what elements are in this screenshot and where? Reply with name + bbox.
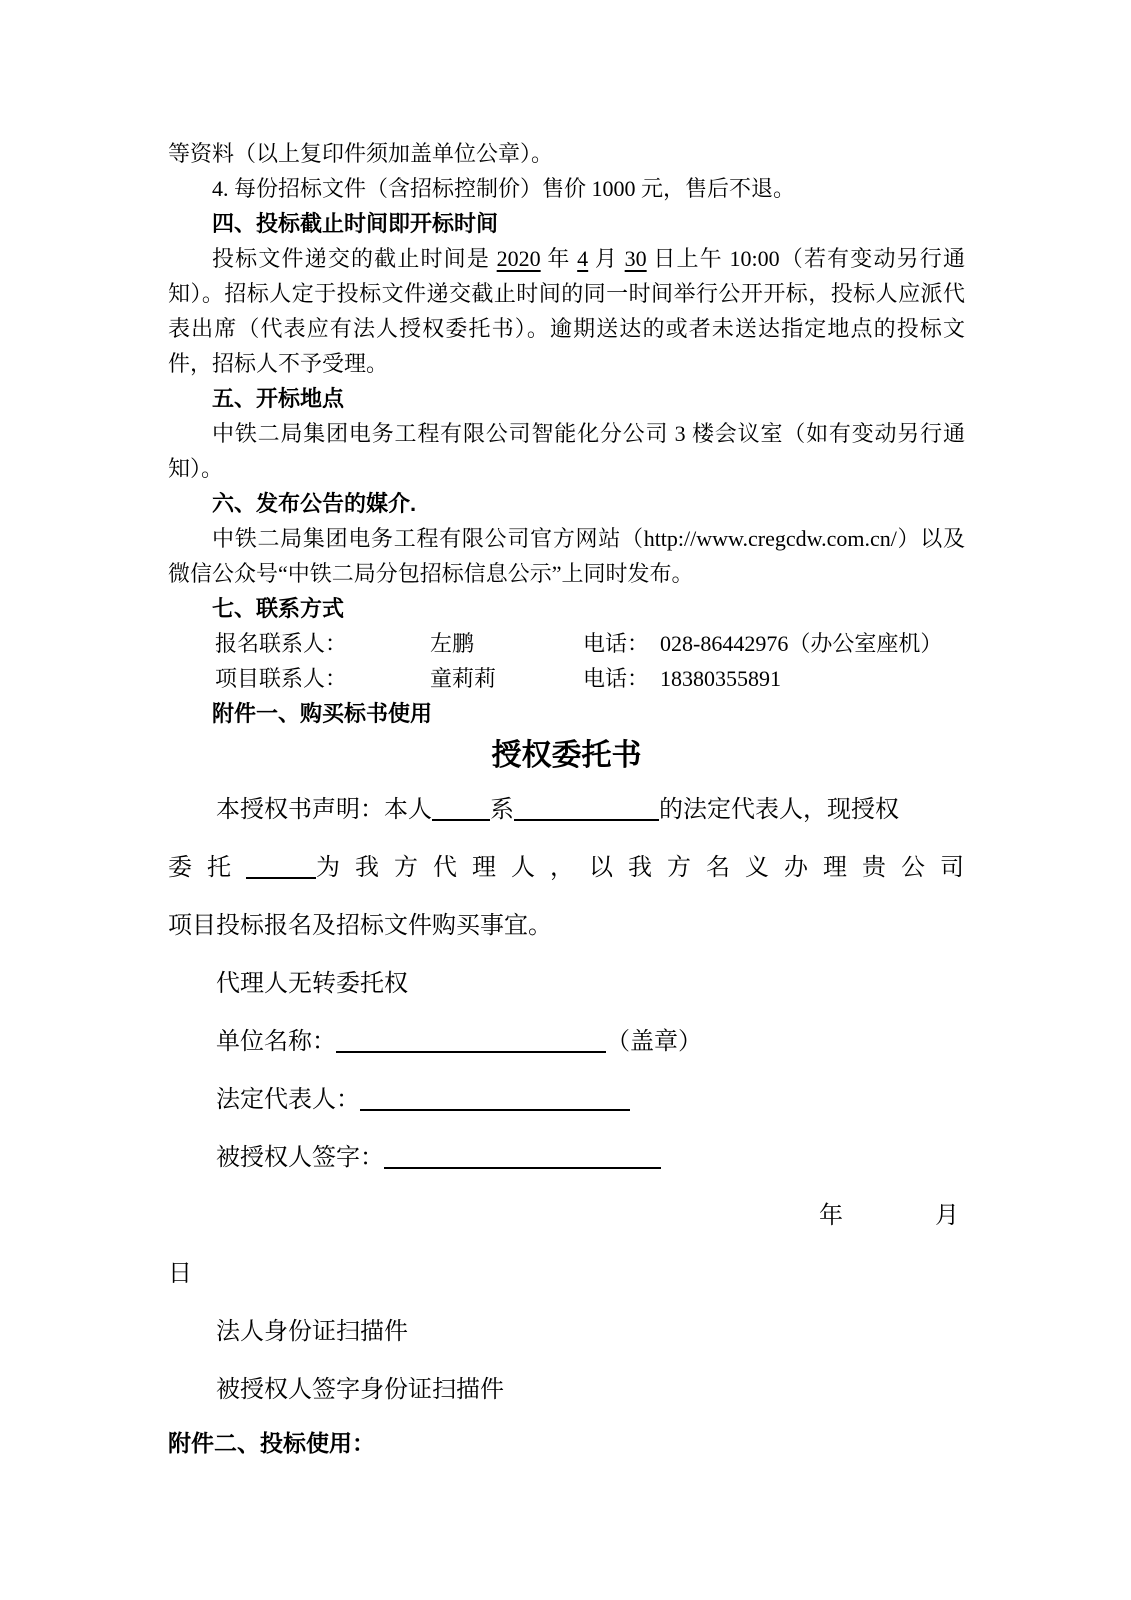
declaration-text-4: 委托 (168, 855, 246, 881)
attachment-2-heading: 附件二、投标使用： (168, 1419, 965, 1467)
deadline-year: 2020 (497, 246, 541, 271)
deadline-year-unit: 年 (541, 246, 578, 271)
authorization-letter-body: 本授权书声明：本人系的法定代表人，现授权 委托为我方代理人，以我方名义办理贵公司… (168, 781, 965, 1419)
month-label: 月 (935, 1203, 959, 1229)
declaration-line-3: 项目投标报名及招标文件购买事宜。 (168, 897, 965, 955)
section-7-heading: 七、联系方式 (168, 591, 965, 626)
project-contact-label: 项目联系人： (215, 661, 430, 696)
declaration-text-3: 的法定代表人，现授权 (659, 797, 899, 823)
authorized-id-scan-line: 被授权人签字身份证扫描件 (168, 1361, 965, 1419)
section-4-heading: 四、投标截止时间即开标时间 (168, 206, 965, 241)
legal-rep-blank-field (360, 1089, 630, 1111)
authorized-signature-blank-field (384, 1147, 661, 1169)
attachment-1-heading: 附件一、购买标书使用 (168, 696, 965, 731)
declaration-line-1: 本授权书声明：本人系的法定代表人，现授权 (168, 781, 965, 839)
company-name-blank-field (336, 1031, 606, 1053)
project-phone-label: 电话： (583, 661, 660, 696)
contact-row-signup: 报名联系人：左鹏电话：028-86442976（办公室座机） (168, 626, 965, 661)
principal-name-blank-field (432, 799, 490, 821)
signup-contact-name: 左鹏 (430, 626, 583, 661)
page-content: 等资料（以上复印件须加盖单位公章）。 4. 每份招标文件（含招标控制价）售价 1… (0, 0, 1131, 1467)
contact-row-project: 项目联系人：童莉莉电话：18380355891 (168, 661, 965, 696)
deadline-text-pre: 投标文件递交的截止时间是 (212, 246, 497, 271)
seal-note: （盖章） (606, 1029, 702, 1055)
section-6-heading: 六、发布公告的媒介. (168, 486, 965, 521)
legal-id-scan-line: 法人身份证扫描件 (168, 1303, 965, 1361)
company-name-line: 单位名称：（盖章） (168, 1013, 965, 1071)
declaration-text-2: 系 (490, 797, 514, 823)
signup-phone-label: 电话： (583, 626, 660, 661)
day-line: 日 (168, 1245, 965, 1303)
agent-name-blank-field (246, 857, 316, 879)
date-line: 年月 (168, 1187, 965, 1245)
signup-contact-label: 报名联系人： (215, 626, 430, 661)
section-5-heading: 五、开标地点 (168, 381, 965, 416)
project-phone-number: 18380355891 (660, 666, 781, 691)
year-label: 年 (819, 1203, 843, 1229)
authorization-letter-title: 授权委托书 (168, 731, 965, 781)
deadline-month: 4 (577, 246, 588, 271)
authorized-signature-line: 被授权人签字： (168, 1129, 965, 1187)
company-blank-field (514, 799, 659, 821)
deadline-paragraph: 投标文件递交的截止时间是 2020 年 4 月 30 日上午 10:00（若有变… (168, 241, 965, 381)
declaration-text-5: 为我方代理人，以我方名义办理贵公司 (316, 855, 979, 881)
project-contact-name: 童莉莉 (430, 661, 583, 696)
declaration-line-2: 委托为我方代理人，以我方名义办理贵公司 (168, 839, 965, 897)
authorized-signature-label: 被授权人签字： (216, 1145, 384, 1171)
deadline-month-unit: 月 (588, 246, 625, 271)
signup-phone-number: 028-86442976（办公室座机） (660, 631, 942, 656)
declaration-text-1: 本授权书声明：本人 (216, 797, 432, 823)
section-5-body: 中铁二局集团电务工程有限公司智能化分公司 3 楼会议室（如有变动另行通知）。 (168, 416, 965, 486)
no-transfer-line: 代理人无转委托权 (168, 955, 965, 1013)
item-4-line: 4. 每份招标文件（含招标控制价）售价 1000 元，售后不退。 (168, 171, 965, 206)
section-6-body: 中铁二局集团电务工程有限公司官方网站（http://www.cregcdw.co… (168, 521, 965, 591)
legal-rep-line: 法定代表人： (168, 1071, 965, 1129)
legal-rep-label: 法定代表人： (216, 1087, 360, 1113)
document-page: 等资料（以上复印件须加盖单位公章）。 4. 每份招标文件（含招标控制价）售价 1… (0, 0, 1131, 1600)
tender-notice-section: 等资料（以上复印件须加盖单位公章）。 4. 每份招标文件（含招标控制价）售价 1… (168, 136, 965, 731)
deadline-day: 30 (625, 246, 647, 271)
company-name-label: 单位名称： (216, 1029, 336, 1055)
continuation-line: 等资料（以上复印件须加盖单位公章）。 (168, 136, 965, 171)
